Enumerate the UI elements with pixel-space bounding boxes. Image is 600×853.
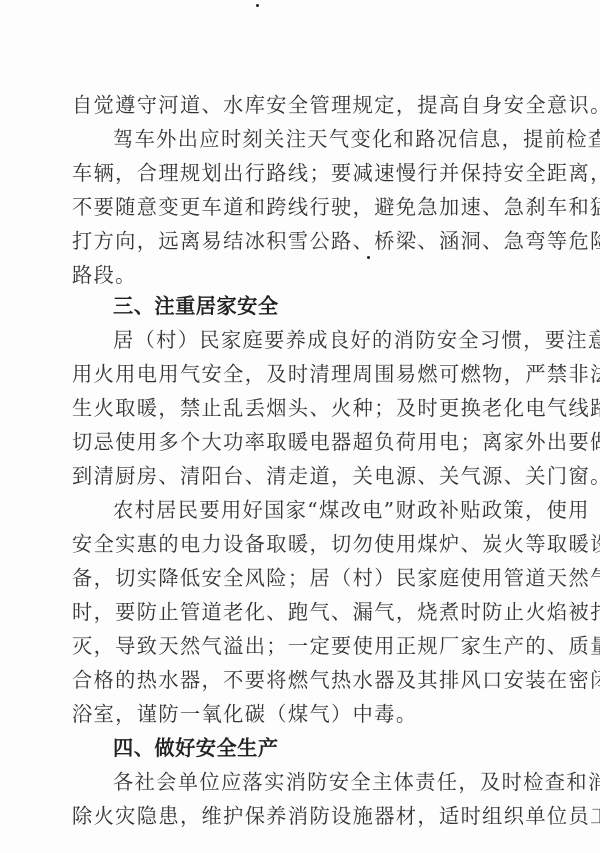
paragraph-line: 不要随意变更车道和跨线行驶，避免急加速、急刹车和猛 (72, 193, 542, 223)
paragraph-line: 各社会单位应落实消防安全主体责任，及时检查和消 (113, 768, 543, 798)
paragraph-line: 打方向，远离易结冰积雪公路、桥梁、涵洞、急弯等危险 (72, 227, 542, 257)
section-heading-3: 三、注重居家安全 (113, 292, 543, 322)
paragraph-line: 农村居民要用好国家“煤改电”财政补贴政策，使用 (113, 496, 543, 526)
scan-mark (256, 4, 259, 7)
paragraph-line: 灭，导致天然气溢出；一定要使用正规厂家生产的、质量 (72, 632, 542, 662)
paragraph-line: 时，要防止管道老化、跑气、漏气，烧煮时防止火焰被扑 (72, 598, 542, 628)
document-page: 自觉遵守河道、水库安全管理规定，提高自身安全意识。 驾车外出应时刻关注天气变化和… (0, 0, 600, 853)
paragraph-line: 居（村）民家庭要养成良好的消防安全习惯，要注意 (113, 326, 543, 356)
paragraph-line: 车辆，合理规划出行路线；要减速慢行并保持安全距离， (72, 159, 542, 189)
paragraph-line: 合格的热水器，不要将燃气热水器及其排风口安装在密闭 (72, 666, 542, 696)
paragraph-line: 安全实惠的电力设备取暖，切勿使用煤炉、炭火等取暖设 (72, 530, 542, 560)
paragraph-line: 切忌使用多个大功率取暖电器超负荷用电；离家外出要做 (72, 428, 542, 458)
paragraph-line: 到清厨房、清阳台、清走道，关电源、关气源、关门窗。 (72, 462, 542, 492)
paragraph-line: 生火取暖，禁止乱丢烟头、火种；及时更换老化电气线路， (72, 394, 542, 424)
paragraph-line: 浴室，谨防一氧化碳（煤气）中毒。 (72, 700, 542, 730)
paragraph-line: 用火用电用气安全，及时清理周围易燃可燃物，严禁非法 (72, 360, 542, 390)
paragraph-line: 驾车外出应时刻关注天气变化和路况信息，提前检查 (113, 125, 543, 155)
paragraph-line: 除火灾隐患，维护保养消防设施器材，适时组织单位员工 (72, 802, 542, 832)
paragraph-line: 备，切实降低安全风险；居（村）民家庭使用管道天然气 (72, 564, 542, 594)
paragraph-line: 路段。 (72, 261, 542, 291)
section-heading-4: 四、做好安全生产 (113, 734, 543, 764)
paragraph-line: 自觉遵守河道、水库安全管理规定，提高自身安全意识。 (72, 91, 542, 121)
